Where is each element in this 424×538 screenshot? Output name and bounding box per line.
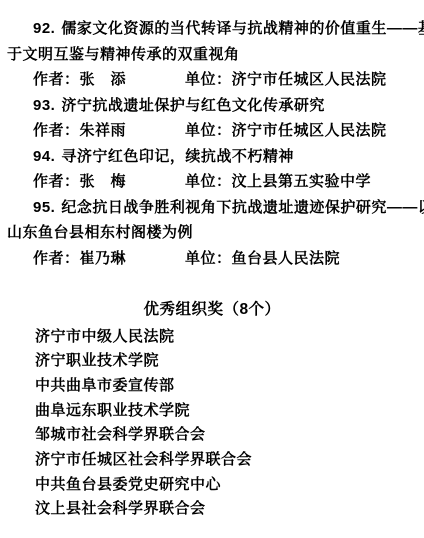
author-name: 朱祥雨 <box>80 122 127 139</box>
entry-95-title-line2: 山东鱼台县相东村阁楼为例 <box>7 220 417 246</box>
entry-92-unit: 单位：济宁市任城区人民法院 <box>185 67 387 93</box>
org-list-item: 中共鱼台县委党史研究中心 <box>7 473 417 498</box>
entry-93-number: 93. <box>33 97 55 114</box>
org-list-item: 济宁职业技术学院 <box>7 349 417 374</box>
org-list-item: 济宁市中级人民法院 <box>7 325 417 350</box>
entry-95-title-text: 纪念抗日战争胜利视角下抗战遗址遗迹保护研究——以 <box>61 199 424 216</box>
entry-92-author-unit-row: 作者：张 添 单位：济宁市任城区人民法院 <box>7 67 417 93</box>
entry-92-author: 作者：张 添 <box>33 71 126 88</box>
author-name: 崔乃琳 <box>80 250 127 267</box>
unit-name: 济宁市任城区人民法院 <box>232 71 387 88</box>
unit-name: 汶上县第五实验中学 <box>232 173 372 190</box>
entry-94-title-line1: 94.寻济宁红色印记，续抗战不朽精神 <box>7 144 417 170</box>
author-label: 作者： <box>33 173 80 190</box>
entry-93-title-text: 济宁抗战遗址保护与红色文化传承研究 <box>61 97 325 114</box>
entry-93-author: 作者：朱祥雨 <box>33 122 126 139</box>
org-list-item: 邹城市社会科学界联合会 <box>7 423 417 448</box>
entry-92-number: 92. <box>33 20 55 37</box>
author-name: 张 梅 <box>80 173 127 190</box>
entry-94-unit: 单位：汶上县第五实验中学 <box>185 169 371 195</box>
unit-name: 鱼台县人民法院 <box>232 250 341 267</box>
entry-94-author-unit-row: 作者：张 梅 单位：汶上县第五实验中学 <box>7 169 417 195</box>
author-label: 作者： <box>33 250 80 267</box>
entry-92-title-line1: 92.儒家文化资源的当代转译与抗战精神的价值重生——基 <box>7 16 417 42</box>
org-list-item: 汶上县社会科学界联合会 <box>7 497 417 522</box>
entry-93-unit: 单位：济宁市任城区人民法院 <box>185 118 387 144</box>
unit-label: 单位： <box>185 122 232 139</box>
entry-94-author: 作者：张 梅 <box>33 173 126 190</box>
entry-93-author-unit-row: 作者：朱祥雨 单位：济宁市任城区人民法院 <box>7 118 417 144</box>
author-name: 张 添 <box>80 71 127 88</box>
entry-92-title-line2: 于文明互鉴与精神传承的双重视角 <box>7 42 417 68</box>
entry-95-author: 作者：崔乃琳 <box>33 250 126 267</box>
entry-95-unit: 单位：鱼台县人民法院 <box>185 246 340 272</box>
entry-92-title-text: 儒家文化资源的当代转译与抗战精神的价值重生——基 <box>61 20 424 37</box>
org-award-list: 济宁市中级人民法院 济宁职业技术学院 中共曲阜市委宣传部 曲阜远东职业技术学院 … <box>7 325 417 523</box>
entry-95-author-unit-row: 作者：崔乃琳 单位：鱼台县人民法院 <box>7 246 417 272</box>
entry-95-number: 95. <box>33 199 55 216</box>
document-page: 92.儒家文化资源的当代转译与抗战精神的价值重生——基 于文明互鉴与精神传承的双… <box>0 0 424 538</box>
author-label: 作者： <box>33 122 80 139</box>
org-list-item: 中共曲阜市委宣传部 <box>7 374 417 399</box>
org-list-item: 济宁市任城区社会科学界联合会 <box>7 448 417 473</box>
section-heading: 优秀组织奖（8个） <box>7 297 417 323</box>
author-label: 作者： <box>33 71 80 88</box>
entry-93-title-line1: 93.济宁抗战遗址保护与红色文化传承研究 <box>7 93 417 119</box>
org-list-item: 曲阜远东职业技术学院 <box>7 399 417 424</box>
entry-94-title-text: 寻济宁红色印记，续抗战不朽精神 <box>61 148 294 165</box>
entry-94-number: 94. <box>33 148 55 165</box>
unit-label: 单位： <box>185 71 232 88</box>
unit-name: 济宁市任城区人民法院 <box>232 122 387 139</box>
entry-95-title-line1: 95.纪念抗日战争胜利视角下抗战遗址遗迹保护研究——以 <box>7 195 417 221</box>
unit-label: 单位： <box>185 173 232 190</box>
unit-label: 单位： <box>185 250 232 267</box>
